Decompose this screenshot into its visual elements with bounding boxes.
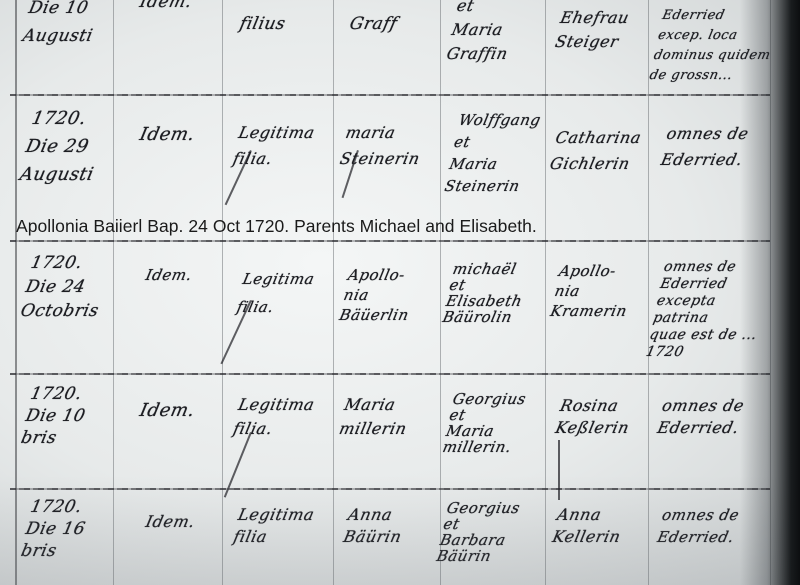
entry-baptizer: Idem. (138, 401, 197, 421)
scan-shading (0, 475, 800, 585)
entry-child: Graff (348, 14, 399, 34)
register-page-scan: Die 10 Augusti Idem. filius Graff et Mar… (0, 0, 800, 585)
entry-legitimacy: filius (238, 14, 288, 34)
caption-overlay: Apollonia Baiierl Bap. 24 Oct 1720. Pare… (16, 216, 537, 237)
entry-remarks: omnes de Ederried. (658, 121, 751, 173)
entry-baptizer: Idem. (138, 0, 194, 12)
row-rule (10, 240, 770, 242)
entry-parents: Georgius et Maria millerin. (441, 391, 527, 455)
entry-remarks: omnes de Ederried. (655, 395, 746, 439)
entry-date: 1720. Die 10 bris (19, 383, 92, 449)
entry-child: maria Steinerin (337, 120, 427, 172)
row-rule (10, 94, 770, 96)
entry-godparent: Ehefrau Steiger (553, 6, 632, 54)
entry-baptizer: Idem. (138, 125, 197, 145)
entry-date: 1720. Die 24 Octobris (18, 251, 111, 323)
entry-godparent: Catharina Gichlerin (547, 125, 643, 177)
entry-date: 1720. Die 29 Augusti (17, 105, 108, 189)
entry-parents: michaël et Elisabeth Bäürolin (441, 261, 530, 325)
entry-legitimacy: Legitima filia. (231, 393, 317, 441)
entry-godparent: Apollo- nia Kramerin (549, 261, 638, 321)
entry-parents: Wolffgang et Maria Steinerin (443, 109, 543, 197)
entry-legitimacy: Legitima filia. (234, 265, 317, 321)
entry-date: Die 10 Augusti (20, 0, 101, 50)
entry-child: Apollo- nia Bäüerlin (338, 265, 420, 325)
row-rule (10, 373, 770, 375)
page-gutter-shadow (740, 0, 800, 585)
entry-godparent: Rosina Keßlerin (553, 395, 636, 439)
entry-parents: et Maria Graffin (444, 0, 520, 66)
entry-baptizer: Idem. (144, 265, 194, 285)
entry-child: Maria millerin (337, 393, 414, 441)
